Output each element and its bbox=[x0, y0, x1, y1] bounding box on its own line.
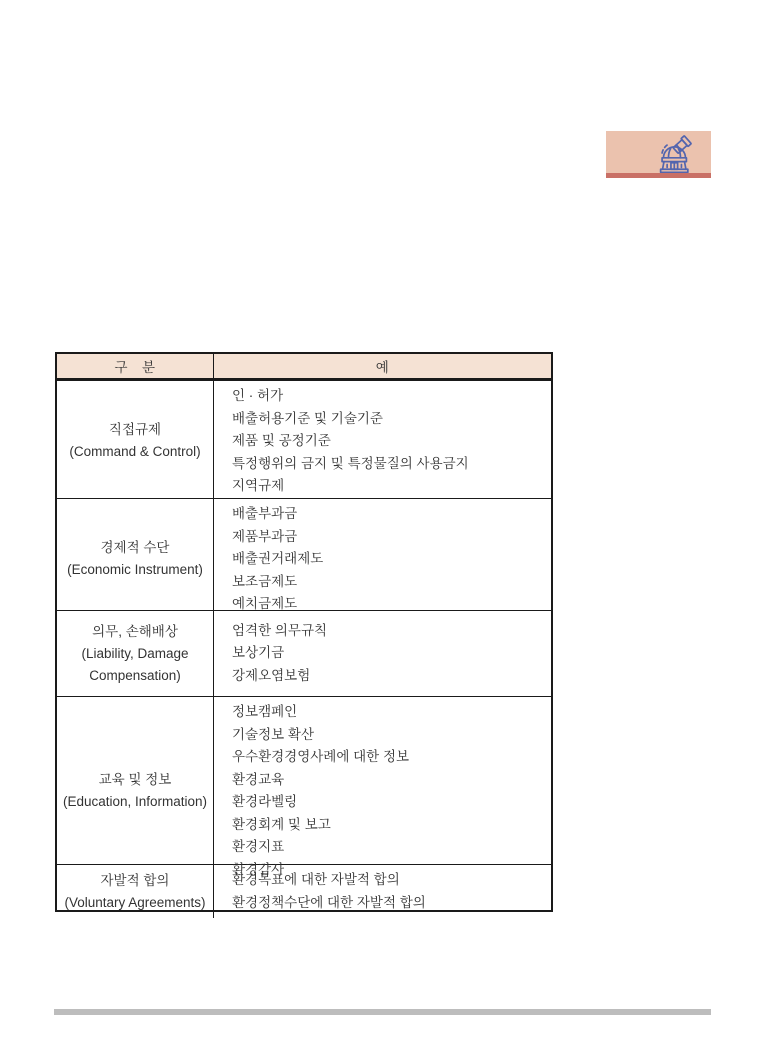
category-cell: 직접규제 (Command & Control) bbox=[57, 381, 214, 502]
category-name-en: (Economic Instrument) bbox=[67, 559, 203, 581]
category-cell: 의무, 손해배상 (Liability, Damage Compensation… bbox=[57, 611, 214, 696]
example-item: 환경라벨링 bbox=[232, 791, 297, 814]
example-item: 인 · 허가 bbox=[232, 385, 283, 408]
category-cell: 경제적 수단 (Economic Instrument) bbox=[57, 499, 214, 620]
category-name: 의무, 손해배상 bbox=[92, 621, 178, 643]
header-cell-example: 예 bbox=[214, 354, 551, 378]
policy-instruments-table: 구 분 예 직접규제 (Command & Control) 인 · 허가 배출… bbox=[55, 352, 553, 912]
table-row: 자발적 합의 (Voluntary Agreements) 환경목표에 대한 자… bbox=[57, 864, 551, 910]
example-item: 환경교육 bbox=[232, 769, 284, 792]
example-cell: 엄격한 의무규칙 보상기금 강제오염보험 bbox=[214, 611, 551, 696]
example-item: 정보캠페인 bbox=[232, 701, 297, 724]
badge-red-bar bbox=[606, 173, 711, 178]
table-row: 의무, 손해배상 (Liability, Damage Compensation… bbox=[57, 610, 551, 696]
example-item: 기술정보 확산 bbox=[232, 724, 314, 747]
example-item: 보상기금 bbox=[232, 642, 284, 665]
category-name-en: (Voluntary Agreements) bbox=[64, 892, 205, 914]
example-cell: 인 · 허가 배출허용기준 및 기술기준 제품 및 공정기준 특정행위의 금지 … bbox=[214, 381, 551, 502]
example-item: 제품부과금 bbox=[232, 526, 297, 549]
category-name: 자발적 합의 bbox=[101, 870, 170, 892]
example-item: 환경목표에 대한 자발적 합의 bbox=[232, 869, 400, 892]
header-cell-category: 구 분 bbox=[57, 354, 214, 378]
category-name-en: (Education, Information) bbox=[63, 791, 207, 813]
example-item: 배출권거래제도 bbox=[232, 548, 323, 571]
example-item: 배출허용기준 및 기술기준 bbox=[232, 408, 383, 431]
category-name: 교육 및 정보 bbox=[99, 769, 172, 791]
example-cell: 환경목표에 대한 자발적 합의 환경정책수단에 대한 자발적 합의 bbox=[214, 865, 551, 918]
example-item: 지역규제 bbox=[232, 475, 284, 498]
example-item: 배출부과금 bbox=[232, 503, 297, 526]
category-name-en: (Liability, Damage Compensation) bbox=[61, 643, 209, 687]
category-name-en: (Command & Control) bbox=[69, 441, 200, 463]
example-item: 환경회계 및 보고 bbox=[232, 814, 331, 837]
example-item: 강제오염보험 bbox=[232, 665, 310, 688]
example-cell: 정보캠페인 기술정보 확산 우수환경경영사례에 대한 정보 환경교육 환경라벨링… bbox=[214, 697, 551, 885]
example-item: 보조금제도 bbox=[232, 571, 297, 594]
example-item: 엄격한 의무규칙 bbox=[232, 620, 327, 643]
example-item: 우수환경경영사례에 대한 정보 bbox=[232, 746, 409, 769]
example-cell: 배출부과금 제품부과금 배출권거래제도 보조금제도 예치금제도 bbox=[214, 499, 551, 620]
footer-divider bbox=[54, 1009, 711, 1015]
category-name: 직접규제 bbox=[109, 419, 161, 441]
example-item: 특정행위의 금지 및 특정물질의 사용금지 bbox=[232, 453, 469, 476]
table-row: 경제적 수단 (Economic Instrument) 배출부과금 제품부과금… bbox=[57, 498, 551, 610]
example-item: 제품 및 공정기준 bbox=[232, 430, 331, 453]
table-header-row: 구 분 예 bbox=[57, 354, 551, 380]
table-row: 교육 및 정보 (Education, Information) 정보캠페인 기… bbox=[57, 696, 551, 864]
category-name: 경제적 수단 bbox=[101, 537, 170, 559]
table-row: 직접규제 (Command & Control) 인 · 허가 배출허용기준 및… bbox=[57, 380, 551, 498]
example-item: 환경정책수단에 대한 자발적 합의 bbox=[232, 892, 426, 915]
example-item: 환경지표 bbox=[232, 836, 284, 859]
chapter-badge bbox=[606, 131, 711, 178]
observatory-telescope-icon bbox=[653, 133, 695, 175]
category-cell: 자발적 합의 (Voluntary Agreements) bbox=[57, 865, 214, 918]
category-cell: 교육 및 정보 (Education, Information) bbox=[57, 697, 214, 885]
